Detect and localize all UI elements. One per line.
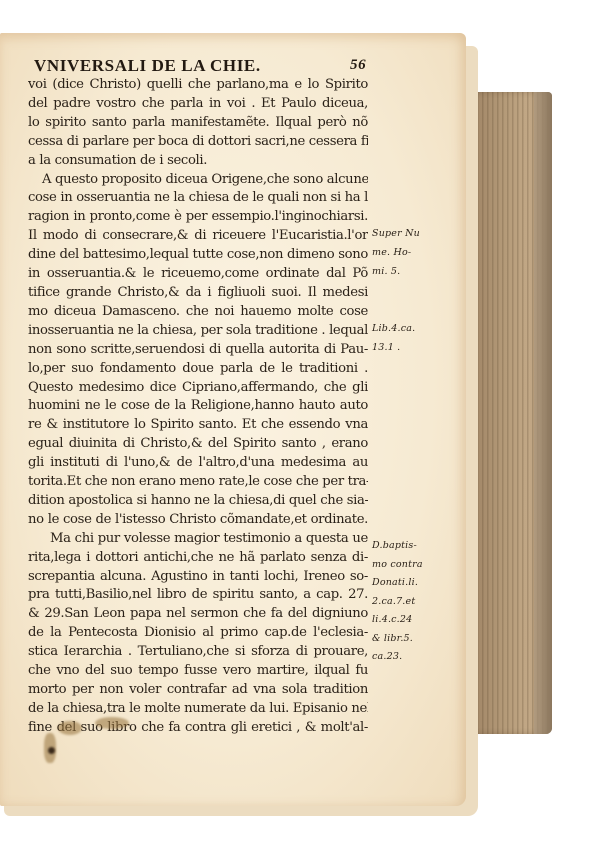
text-line: tifice grande Christo,& da i figliuoli s… <box>28 284 368 303</box>
text-line: de la Pentecosta Dionisio al primo cap.d… <box>28 624 368 643</box>
text-line: mo diceua Damasceno. che noi hauemo molt… <box>28 303 368 322</box>
text-line: non sono scritte,seruendosi di quella au… <box>28 341 368 360</box>
text-line: dine del battesimo,lequal tutte cose,non… <box>28 246 368 265</box>
text-line: morto per non voler contrafar ad vna sol… <box>28 681 368 700</box>
text-line: Il modo di consecrare,& di riceuere l'Eu… <box>28 227 368 246</box>
text-line: a la consumation de i secoli. <box>28 152 368 171</box>
text-line: che vno del suo tempo fusse vero martire… <box>28 662 368 681</box>
page-stain <box>58 721 82 735</box>
text-line: inosseruantia ne la chiesa, per sola tra… <box>28 322 368 341</box>
text-line: ragion in pronto,come è per essempio.l'i… <box>28 208 368 227</box>
text-line: voi (dice Christo) quelli che parlano,ma… <box>28 76 368 95</box>
text-line: cose in osseruantia ne la chiesa de le q… <box>28 189 368 208</box>
page-text-block: VNIVERSALI DE LA CHIE. 56 voi (dice Chri… <box>28 55 368 738</box>
page-number: 56 <box>350 55 366 76</box>
text-line: re & institutore lo Spirito santo. Et ch… <box>28 416 368 435</box>
marginal-note-damascene: Lib.4.ca. 13.1 . <box>372 319 415 357</box>
text-line: gli instituti di l'uno,& de l'altro,d'un… <box>28 454 368 473</box>
text-line: no le cose de l'istesso Christo cõmandat… <box>28 511 368 530</box>
text-line: Questo medesimo dice Cipriano,affermando… <box>28 379 368 398</box>
text-line: lo,per suo fondamento doue parla de le t… <box>28 360 368 379</box>
marginal-note-origen: Super Nu me. Ho- mi. 5. <box>372 224 420 281</box>
book-photo: VNIVERSALI DE LA CHIE. 56 voi (dice Chri… <box>0 0 600 841</box>
text-line: egual diuinita di Christo,& del Spirito … <box>28 435 368 454</box>
marginal-note-augustine: D.baptis- mo contra Donati.li. 2.ca.7.et… <box>372 537 423 667</box>
text-line: dition apostolica si hanno ne la chiesa,… <box>28 492 368 511</box>
running-head-title: VNIVERSALI DE LA CHIE. <box>34 56 261 75</box>
text-line: del padre vostro che parla in voi . Et P… <box>28 95 368 114</box>
text-line: huomini ne le cose de la Religione,hanno… <box>28 397 368 416</box>
text-line: torita.Et che non erano meno rate,le cos… <box>28 473 368 492</box>
book-page: VNIVERSALI DE LA CHIE. 56 voi (dice Chri… <box>0 33 466 806</box>
text-line: in osseruantia.& le riceuemo,come ordina… <box>28 265 368 284</box>
text-line: de la chiesa,tra le molte numerate da lu… <box>28 700 368 719</box>
text-line: lo spirito santo parla manifestamẽte. Il… <box>28 114 368 133</box>
text-line: stica Ierarchia . Tertuliano,che si sfor… <box>28 643 368 662</box>
book-fore-edge <box>472 92 552 734</box>
text-line: pra tutti,Basilio,nel libro de spiritu s… <box>28 586 368 605</box>
page-stain <box>95 717 129 729</box>
text-line: A questo proposito diceua Origene,che so… <box>28 171 368 190</box>
text-line: screpantia alcuna. Agustino in tanti loc… <box>28 568 368 587</box>
text-line: rita,lega i dottori antichi,che ne hã pa… <box>28 549 368 568</box>
text-line: Ma chi pur volesse magior testimonio a q… <box>28 530 368 549</box>
text-line: cessa di parlare per boca di dottori sac… <box>28 133 368 152</box>
text-line: & 29.San Leon papa nel sermon che fa del… <box>28 605 368 624</box>
page-stain <box>48 747 55 754</box>
running-head: VNIVERSALI DE LA CHIE. 56 <box>28 55 368 76</box>
